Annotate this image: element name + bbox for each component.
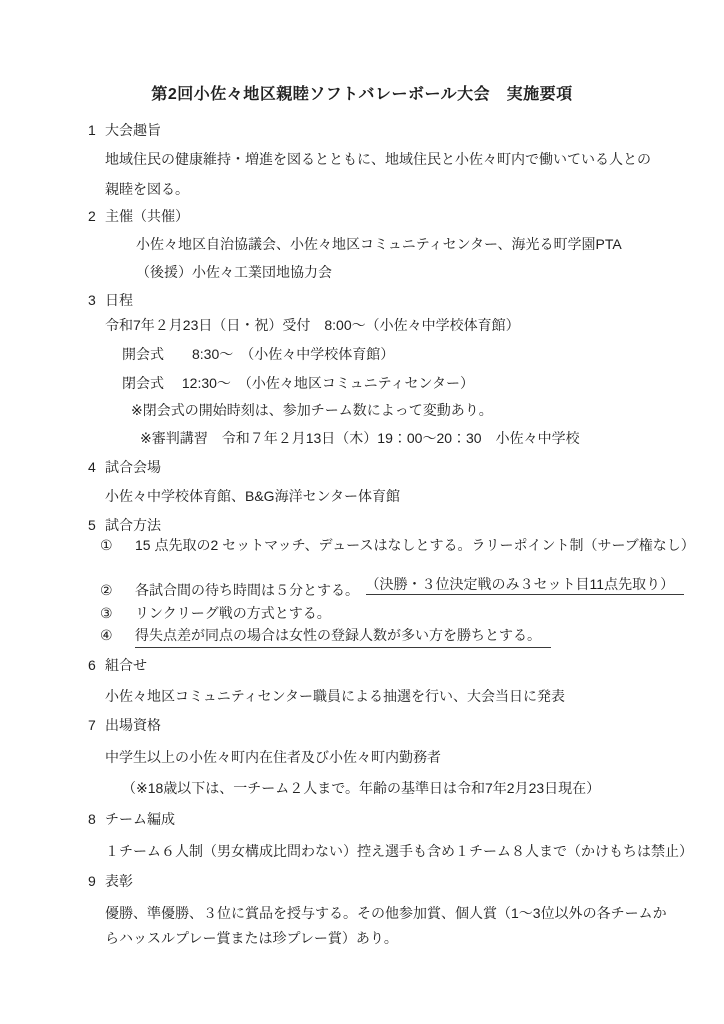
section-1-body-line: 地域住民の健康維持・増進を図るとともに、地域住民と小佐々町内で働いている人との: [105, 151, 651, 169]
section-2-title: 主催（共催）: [105, 208, 189, 226]
section-1-body-line: 親睦を図る。: [105, 181, 189, 199]
section-1-number: 1: [88, 122, 105, 140]
section-4-number: 4: [88, 459, 105, 477]
section-5-item-3: ③ リンクリーグ戦の方式とする。: [100, 605, 331, 623]
section-6-body-line: 小佐々地区コミュニティセンター職員による抽選を行い、大会当日に発表: [105, 688, 565, 706]
section-4-title: 試合会場: [105, 459, 161, 477]
section-9-body-line: 優勝、準優勝、３位に賞品を授与する。その他参加賞、個人賞（1～3位以外の各チーム…: [105, 905, 667, 923]
item-2-marker: ②: [100, 582, 135, 600]
section-3-body-line: 開会式 8:30～ （小佐々中学校体育館）: [122, 346, 394, 364]
section-4-heading: 4 試合会場: [88, 459, 161, 477]
section-5-item-1-note: （決勝・３位決定戦のみ３セット目11点先取り）: [350, 558, 684, 611]
section-3-body-line: 令和7年２月23日（日・祝）受付 8:00～（小佐々中学校体育館）: [105, 317, 520, 335]
section-2-body-line: 小佐々地区自治協議会、小佐々地区コミュニティセンター、海光る町学園PTA: [136, 236, 622, 254]
section-3-body-line: 閉会式 12:30～ （小佐々地区コミュニティセンター）: [122, 375, 474, 393]
section-6-title: 組合せ: [105, 657, 147, 675]
section-6-number: 6: [88, 657, 105, 675]
section-7-number: 7: [88, 717, 105, 735]
section-1-heading: 1 大会趣旨: [88, 122, 161, 140]
item-2-text: 各試合間の待ち時間は５分とする。: [135, 582, 359, 600]
item-1-marker: ①: [100, 537, 135, 555]
document-title: 第2回小佐々地区親睦ソフトバレーボール大会 実施要項: [0, 85, 724, 105]
section-3-number: 3: [88, 292, 105, 310]
section-9-body-line: らハッスルプレー賞または珍プレー賞）あり。: [105, 930, 398, 948]
section-7-note-line: （※18歳以下は、一チーム２人まで。年齢の基準日は令和7年2月23日現在）: [122, 780, 600, 798]
item-3-text: リンクリーグ戦の方式とする。: [135, 605, 331, 623]
section-2-body-line: （後援）小佐々工業団地協力会: [136, 264, 332, 282]
section-6-heading: 6 組合せ: [88, 657, 147, 675]
section-5-item-1: ① 15 点先取の2 セットマッチ、デュースはなしとする。ラリーポイント制（サー…: [100, 537, 695, 555]
section-5-item-2: ② 各試合間の待ち時間は５分とする。: [100, 582, 359, 600]
section-9-title: 表彰: [105, 873, 133, 891]
section-3-note-line: ※審判講習 令和７年２月13日（木）19：00～20：30 小佐々中学校: [140, 430, 580, 448]
section-9-heading: 9 表彰: [88, 873, 133, 891]
section-5-heading: 5 試合方法: [88, 517, 161, 535]
section-2-heading: 2 主催（共催）: [88, 208, 189, 226]
section-4-body-line: 小佐々中学校体育館、B&G海洋センター体育館: [105, 488, 400, 506]
item-3-marker: ③: [100, 605, 135, 623]
item-4-text: 得失点差が同点の場合は女性の登録人数が多い方を勝ちとする。: [135, 627, 551, 648]
section-2-number: 2: [88, 208, 105, 226]
section-5-title: 試合方法: [105, 517, 161, 535]
section-3-note-line: ※閉会式の開始時刻は、参加チーム数によって変動あり。: [131, 402, 493, 420]
section-3-title: 日程: [105, 292, 133, 310]
section-8-body-line: １チーム６人制（男女構成比問わない）控え選手も含め１チーム８人まで（かけもちは禁…: [105, 843, 693, 861]
section-8-heading: 8 チーム編成: [88, 811, 175, 829]
document-page: 第2回小佐々地区親睦ソフトバレーボール大会 実施要項 1 大会趣旨 地域住民の健…: [0, 0, 724, 1024]
section-8-title: チーム編成: [105, 811, 175, 829]
item-1-text: 15 点先取の2 セットマッチ、デュースはなしとする。ラリーポイント制（サーブ権…: [135, 537, 695, 555]
section-3-heading: 3 日程: [88, 292, 133, 310]
section-5-number: 5: [88, 517, 105, 535]
section-5-item-4: ④ 得失点差が同点の場合は女性の登録人数が多い方を勝ちとする。: [100, 627, 551, 648]
section-9-number: 9: [88, 873, 105, 891]
section-7-body-line: 中学生以上の小佐々町内在住者及び小佐々町内勤務者: [105, 749, 441, 767]
section-7-title: 出場資格: [105, 717, 161, 735]
section-7-heading: 7 出場資格: [88, 717, 161, 735]
item-4-marker: ④: [100, 627, 135, 648]
section-1-title: 大会趣旨: [105, 122, 161, 140]
item-1-note-text: （決勝・３位決定戦のみ３セット目11点先取り）: [366, 576, 685, 595]
section-8-number: 8: [88, 811, 105, 829]
